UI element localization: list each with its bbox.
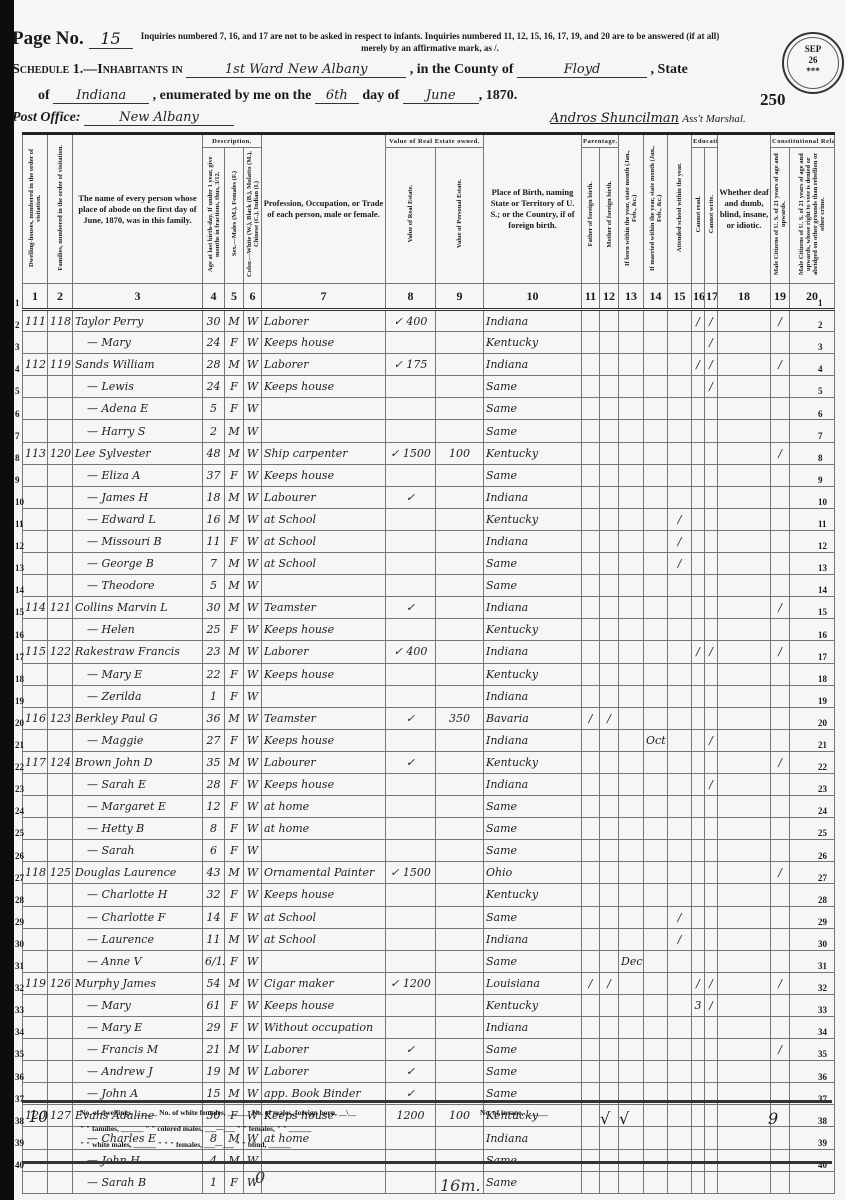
line-number-left: 15 bbox=[15, 607, 24, 617]
sex-cell: F bbox=[225, 818, 244, 840]
schedule-label: Schedule 1.—Inhabitants in bbox=[12, 62, 183, 77]
occupation-cell: Keeps house bbox=[262, 619, 386, 641]
cannot-write-cell: / bbox=[705, 354, 718, 376]
line-number-left: 22 bbox=[15, 762, 24, 772]
cannot-write-cell bbox=[705, 751, 718, 773]
occupation-cell bbox=[262, 1171, 386, 1193]
col-7-header: Profession, Occupation, or Trade of each… bbox=[262, 134, 386, 284]
line-number-right: 35 bbox=[818, 1049, 827, 1059]
sex-cell: M bbox=[225, 597, 244, 619]
attended-school-cell bbox=[668, 1171, 692, 1193]
family-number-cell bbox=[48, 1039, 73, 1061]
sex-cell: F bbox=[225, 840, 244, 862]
cannot-read-cell bbox=[692, 486, 705, 508]
birthplace-cell: Kentucky bbox=[484, 332, 582, 354]
color-cell: W bbox=[244, 553, 262, 575]
father-foreign-cell bbox=[582, 1061, 600, 1083]
line-number-left: 21 bbox=[15, 740, 24, 750]
footer-mark-0: 0 bbox=[255, 1168, 265, 1187]
occupation-cell: at School bbox=[262, 508, 386, 530]
born-within-year-cell bbox=[619, 884, 644, 906]
header-group-row: Dwelling-houses, numbered in the order o… bbox=[23, 134, 835, 148]
age-cell: 28 bbox=[203, 773, 225, 795]
born-within-year-cell bbox=[619, 464, 644, 486]
table-row: — Francis M21MWLaborer✓Same/ bbox=[23, 1039, 835, 1061]
mother-foreign-cell bbox=[600, 597, 619, 619]
real-estate-value-cell bbox=[386, 663, 436, 685]
personal-estate-value-cell bbox=[436, 619, 484, 641]
real-estate-value-cell: ✓ bbox=[386, 707, 436, 729]
vote-denied-cell bbox=[790, 641, 835, 663]
line-number-left: 29 bbox=[15, 917, 24, 927]
attended-school-cell bbox=[668, 575, 692, 597]
line-number-left: 8 bbox=[15, 453, 20, 463]
real-estate-value-cell bbox=[386, 332, 436, 354]
married-within-year-cell bbox=[644, 950, 668, 972]
married-within-year-cell bbox=[644, 818, 668, 840]
attended-school-cell bbox=[668, 884, 692, 906]
vote-denied-cell bbox=[790, 619, 835, 641]
cannot-read-cell bbox=[692, 840, 705, 862]
table-row: 119126Murphy James54MWCigar maker✓ 1200L… bbox=[23, 972, 835, 994]
cannot-read-cell bbox=[692, 332, 705, 354]
sex-cell: F bbox=[225, 685, 244, 707]
born-within-year-cell bbox=[619, 575, 644, 597]
cannot-read-cell bbox=[692, 663, 705, 685]
age-cell: 6 bbox=[203, 840, 225, 862]
mother-foreign-cell bbox=[600, 773, 619, 795]
male-citizen-21-cell bbox=[771, 818, 790, 840]
mother-foreign-cell bbox=[600, 1017, 619, 1039]
born-within-year-cell bbox=[619, 751, 644, 773]
born-within-year-cell bbox=[619, 928, 644, 950]
person-name-cell: — Charlotte H bbox=[73, 884, 203, 906]
state-field: Indiana bbox=[53, 88, 149, 104]
born-within-year-cell bbox=[619, 508, 644, 530]
person-name-cell: — Helen bbox=[73, 619, 203, 641]
birthplace-cell: Same bbox=[484, 950, 582, 972]
birthplace-cell: Same bbox=[484, 553, 582, 575]
col-20-header: Male Citizens of U. S. of 21 years of ag… bbox=[790, 148, 835, 284]
family-number-cell bbox=[48, 1171, 73, 1193]
vote-denied-cell bbox=[790, 751, 835, 773]
mother-foreign-cell bbox=[600, 840, 619, 862]
line-number-right: 7 bbox=[818, 431, 823, 441]
age-cell: 6/12 bbox=[203, 950, 225, 972]
col-num: 1 bbox=[23, 284, 48, 310]
father-foreign-cell bbox=[582, 310, 600, 332]
cannot-write-cell bbox=[705, 530, 718, 552]
born-within-year-cell bbox=[619, 354, 644, 376]
age-cell: 37 bbox=[203, 464, 225, 486]
age-cell: 1 bbox=[203, 1171, 225, 1193]
person-name-cell: — Edward L bbox=[73, 508, 203, 530]
born-within-year-cell bbox=[619, 553, 644, 575]
mother-foreign-cell bbox=[600, 486, 619, 508]
birthplace-cell: Indiana bbox=[484, 773, 582, 795]
age-cell: 21 bbox=[203, 1039, 225, 1061]
disability-cell bbox=[718, 398, 771, 420]
table-row: — Margaret E12FWat homeSame bbox=[23, 796, 835, 818]
line-number-right: 22 bbox=[818, 762, 827, 772]
father-foreign-cell bbox=[582, 796, 600, 818]
male-citizen-21-cell: / bbox=[771, 751, 790, 773]
dwelling-number-cell bbox=[23, 1039, 48, 1061]
mother-foreign-cell bbox=[600, 575, 619, 597]
father-foreign-cell bbox=[582, 398, 600, 420]
occupation-cell: Labourer bbox=[262, 751, 386, 773]
line-number-right: 30 bbox=[818, 939, 827, 949]
color-cell: W bbox=[244, 420, 262, 442]
post-office-label: Post Office: bbox=[12, 110, 81, 125]
real-estate-value-cell bbox=[386, 994, 436, 1016]
mother-foreign-cell bbox=[600, 994, 619, 1016]
of-label: of bbox=[38, 88, 50, 103]
family-number-cell bbox=[48, 663, 73, 685]
father-foreign-cell bbox=[582, 354, 600, 376]
color-cell: W bbox=[244, 575, 262, 597]
sex-cell: F bbox=[225, 994, 244, 1016]
cannot-write-cell: / bbox=[705, 994, 718, 1016]
married-within-year-cell bbox=[644, 619, 668, 641]
age-cell: 54 bbox=[203, 972, 225, 994]
personal-estate-value-cell bbox=[436, 464, 484, 486]
attended-school-cell bbox=[668, 1017, 692, 1039]
disability-cell bbox=[718, 619, 771, 641]
married-within-year-cell bbox=[644, 928, 668, 950]
disability-cell bbox=[718, 840, 771, 862]
person-name-cell: — Sarah E bbox=[73, 773, 203, 795]
birthplace-cell: Kentucky bbox=[484, 994, 582, 1016]
age-cell: 11 bbox=[203, 928, 225, 950]
family-number-cell: 119 bbox=[48, 354, 73, 376]
sex-cell: M bbox=[225, 641, 244, 663]
occupation-cell: at home bbox=[262, 796, 386, 818]
person-name-cell: — Laurence bbox=[73, 928, 203, 950]
line-number-left: 2 bbox=[15, 320, 20, 330]
sex-cell: M bbox=[225, 862, 244, 884]
sex-cell: F bbox=[225, 950, 244, 972]
disability-cell bbox=[718, 818, 771, 840]
sex-cell: F bbox=[225, 663, 244, 685]
cannot-read-cell bbox=[692, 1017, 705, 1039]
line-number-right: 15 bbox=[818, 607, 827, 617]
father-foreign-cell: / bbox=[582, 972, 600, 994]
year-label: , 1870. bbox=[479, 88, 518, 103]
col-num: 6 bbox=[244, 284, 262, 310]
occupation-cell: Without occupation bbox=[262, 1017, 386, 1039]
color-cell: W bbox=[244, 906, 262, 928]
married-within-year-cell bbox=[644, 840, 668, 862]
age-cell: 30 bbox=[203, 310, 225, 332]
cannot-write-cell: / bbox=[705, 773, 718, 795]
birthplace-cell: Indiana bbox=[484, 310, 582, 332]
table-row: — Mary E22FWKeeps houseKentucky bbox=[23, 663, 835, 685]
real-estate-value-cell bbox=[386, 950, 436, 972]
person-name-cell: — Charlotte F bbox=[73, 906, 203, 928]
married-within-year-cell bbox=[644, 994, 668, 1016]
age-cell: 19 bbox=[203, 1061, 225, 1083]
vote-denied-cell bbox=[790, 575, 835, 597]
real-estate-value-cell bbox=[386, 508, 436, 530]
personal-estate-value-cell bbox=[436, 641, 484, 663]
mother-foreign-cell bbox=[600, 310, 619, 332]
person-name-cell: — Zerilda bbox=[73, 685, 203, 707]
father-foreign-cell bbox=[582, 994, 600, 1016]
dwelling-number-cell bbox=[23, 420, 48, 442]
line-number-right: 26 bbox=[818, 851, 827, 861]
table-row: — Lewis24FWKeeps houseSame/ bbox=[23, 376, 835, 398]
birthplace-cell: Indiana bbox=[484, 530, 582, 552]
census-rows: 111118Taylor Perry30MWLaborer✓ 400Indian… bbox=[23, 310, 835, 1194]
real-estate-value-cell bbox=[386, 729, 436, 751]
father-foreign-cell bbox=[582, 575, 600, 597]
cannot-read-cell bbox=[692, 464, 705, 486]
family-number-cell: 124 bbox=[48, 751, 73, 773]
county-field: Floyd bbox=[517, 62, 647, 78]
married-within-year-cell bbox=[644, 796, 668, 818]
line-number-right: 29 bbox=[818, 917, 827, 927]
dwelling-number-cell: 115 bbox=[23, 641, 48, 663]
disability-cell bbox=[718, 994, 771, 1016]
age-cell: 35 bbox=[203, 751, 225, 773]
dwelling-number-cell bbox=[23, 685, 48, 707]
line-number-left: 16 bbox=[15, 630, 24, 640]
table-row: 112119Sands William28MWLaborer✓ 175India… bbox=[23, 354, 835, 376]
sex-cell: F bbox=[225, 773, 244, 795]
real-estate-value-cell bbox=[386, 464, 436, 486]
line-number-right: 12 bbox=[818, 541, 827, 551]
age-cell: 29 bbox=[203, 1017, 225, 1039]
dwelling-number-cell bbox=[23, 840, 48, 862]
dwelling-number-cell bbox=[23, 928, 48, 950]
sex-cell: M bbox=[225, 575, 244, 597]
occupation-cell bbox=[262, 840, 386, 862]
birthplace-cell: Same bbox=[484, 1171, 582, 1193]
disability-cell bbox=[718, 1171, 771, 1193]
col-num: 5 bbox=[225, 284, 244, 310]
age-cell: 2 bbox=[203, 420, 225, 442]
age-cell: 36 bbox=[203, 707, 225, 729]
attended-school-cell bbox=[668, 354, 692, 376]
disability-cell bbox=[718, 972, 771, 994]
male-citizen-21-cell bbox=[771, 553, 790, 575]
sex-cell: F bbox=[225, 376, 244, 398]
person-name-cell: — Theodore bbox=[73, 575, 203, 597]
sex-cell: M bbox=[225, 553, 244, 575]
male-citizen-21-cell bbox=[771, 420, 790, 442]
disability-cell bbox=[718, 553, 771, 575]
occupation-cell: Laborer bbox=[262, 310, 386, 332]
family-number-cell: 126 bbox=[48, 972, 73, 994]
color-cell: W bbox=[244, 862, 262, 884]
father-foreign-cell bbox=[582, 751, 600, 773]
table-row: — Laurence11MWat SchoolIndiana/ bbox=[23, 928, 835, 950]
foreign-mother-total-mark: √ bbox=[619, 1109, 629, 1128]
family-number-cell bbox=[48, 376, 73, 398]
vote-denied-cell bbox=[790, 464, 835, 486]
footer-mark-16m: 16m. bbox=[440, 1176, 481, 1195]
occupation-cell: at School bbox=[262, 928, 386, 950]
male-citizen-21-cell: / bbox=[771, 310, 790, 332]
born-within-year-cell bbox=[619, 332, 644, 354]
real-estate-value-cell bbox=[386, 685, 436, 707]
month-field: June bbox=[403, 88, 479, 104]
cannot-read-cell bbox=[692, 928, 705, 950]
family-number-cell bbox=[48, 906, 73, 928]
personal-estate-value-cell bbox=[436, 310, 484, 332]
male-citizen-21-cell bbox=[771, 928, 790, 950]
mother-foreign-cell bbox=[600, 464, 619, 486]
male-citizen-21-cell bbox=[771, 840, 790, 862]
mother-foreign-cell bbox=[600, 685, 619, 707]
disability-cell bbox=[718, 928, 771, 950]
attended-school-cell bbox=[668, 619, 692, 641]
person-name-cell: — Margaret E bbox=[73, 796, 203, 818]
col-1-header: Dwelling-houses, numbered in the order o… bbox=[23, 134, 48, 284]
birthplace-cell: Indiana bbox=[484, 641, 582, 663]
line-number-right: 36 bbox=[818, 1072, 827, 1082]
real-estate-value-cell: ✓ bbox=[386, 1039, 436, 1061]
cannot-read-cell bbox=[692, 884, 705, 906]
attended-school-cell bbox=[668, 994, 692, 1016]
married-within-year-cell bbox=[644, 862, 668, 884]
birthplace-cell: Same bbox=[484, 420, 582, 442]
occupation-cell: Teamster bbox=[262, 597, 386, 619]
family-number-cell: 120 bbox=[48, 442, 73, 464]
birthplace-cell: Indiana bbox=[484, 486, 582, 508]
vote-denied-cell bbox=[790, 862, 835, 884]
personal-estate-value-cell bbox=[436, 575, 484, 597]
personal-estate-value-cell bbox=[436, 884, 484, 906]
vote-denied-cell bbox=[790, 818, 835, 840]
male-citizen-21-cell bbox=[771, 1061, 790, 1083]
birthplace-cell: Kentucky bbox=[484, 884, 582, 906]
male-citizen-21-cell: / bbox=[771, 862, 790, 884]
mother-foreign-cell bbox=[600, 729, 619, 751]
occupation-cell: Ornamental Painter bbox=[262, 862, 386, 884]
married-within-year-cell bbox=[644, 553, 668, 575]
table-row: — Sarah B1FWSame bbox=[23, 1171, 835, 1193]
occupation-cell: Laborer bbox=[262, 641, 386, 663]
dwelling-number-cell: 111 bbox=[23, 310, 48, 332]
age-cell: 5 bbox=[203, 398, 225, 420]
line-number-left: 14 bbox=[15, 585, 24, 595]
sex-cell: F bbox=[225, 796, 244, 818]
personal-estate-value-cell bbox=[436, 1061, 484, 1083]
line-number-left: 27 bbox=[15, 873, 24, 883]
vote-denied-cell bbox=[790, 530, 835, 552]
person-name-cell: — Missouri B bbox=[73, 530, 203, 552]
cannot-write-cell bbox=[705, 1171, 718, 1193]
personal-estate-value-cell bbox=[436, 376, 484, 398]
dwelling-number-cell bbox=[23, 530, 48, 552]
married-within-year-cell bbox=[644, 486, 668, 508]
occupation-cell: Laborer bbox=[262, 354, 386, 376]
cannot-write-cell bbox=[705, 1039, 718, 1061]
color-cell: W bbox=[244, 972, 262, 994]
real-estate-value-cell: ✓ 400 bbox=[386, 310, 436, 332]
cannot-write-cell bbox=[705, 1017, 718, 1039]
col-num: 19 bbox=[771, 284, 790, 310]
vote-denied-cell bbox=[790, 398, 835, 420]
table-row: — Sarah6FWSame bbox=[23, 840, 835, 862]
personal-estate-value-cell bbox=[436, 663, 484, 685]
personal-estate-value-cell bbox=[436, 928, 484, 950]
born-within-year-cell bbox=[619, 398, 644, 420]
vote-denied-cell bbox=[790, 310, 835, 332]
attended-school-cell bbox=[668, 310, 692, 332]
real-estate-value-cell bbox=[386, 619, 436, 641]
color-cell: W bbox=[244, 994, 262, 1016]
attended-school-cell bbox=[668, 818, 692, 840]
disability-cell bbox=[718, 751, 771, 773]
mother-foreign-cell bbox=[600, 818, 619, 840]
col-19-header: Male Citizens of U. S. of 21 years of ag… bbox=[771, 148, 790, 284]
cannot-write-cell bbox=[705, 420, 718, 442]
cannot-read-cell bbox=[692, 508, 705, 530]
married-within-year-cell bbox=[644, 442, 668, 464]
line-number-right: 14 bbox=[818, 585, 827, 595]
color-cell: W bbox=[244, 818, 262, 840]
disability-cell bbox=[718, 884, 771, 906]
cannot-write-cell bbox=[705, 884, 718, 906]
cannot-write-cell: / bbox=[705, 310, 718, 332]
real-estate-value-cell bbox=[386, 884, 436, 906]
line-number-right: 9 bbox=[818, 475, 823, 485]
col-num: 2 bbox=[48, 284, 73, 310]
line-number-right: 25 bbox=[818, 828, 827, 838]
cannot-read-cell bbox=[692, 707, 705, 729]
line-number-right: 19 bbox=[818, 696, 827, 706]
occupation-cell: Keeps house bbox=[262, 464, 386, 486]
father-foreign-cell bbox=[582, 332, 600, 354]
age-cell: 32 bbox=[203, 884, 225, 906]
married-within-year-cell bbox=[644, 1039, 668, 1061]
family-number-cell bbox=[48, 994, 73, 1016]
mother-foreign-cell: / bbox=[600, 707, 619, 729]
mother-foreign-cell bbox=[600, 376, 619, 398]
disability-cell bbox=[718, 729, 771, 751]
vote-denied-cell bbox=[790, 840, 835, 862]
mother-foreign-cell bbox=[600, 1061, 619, 1083]
cannot-read-cell: / bbox=[692, 310, 705, 332]
vote-denied-cell bbox=[790, 707, 835, 729]
table-row: — James H18MWLabourer✓Indiana bbox=[23, 486, 835, 508]
dwelling-number-cell bbox=[23, 508, 48, 530]
dwelling-number-cell bbox=[23, 994, 48, 1016]
attended-school-cell bbox=[668, 1039, 692, 1061]
constitutional-group-header: Constitutional Relations. bbox=[771, 134, 835, 148]
mother-foreign-cell bbox=[600, 398, 619, 420]
married-within-year-cell bbox=[644, 332, 668, 354]
dwelling-number-cell: 116 bbox=[23, 707, 48, 729]
born-within-year-cell bbox=[619, 442, 644, 464]
cannot-write-cell: / bbox=[705, 376, 718, 398]
married-within-year-cell bbox=[644, 398, 668, 420]
age-cell: 22 bbox=[203, 663, 225, 685]
vote-denied-cell bbox=[790, 773, 835, 795]
mother-foreign-cell bbox=[600, 530, 619, 552]
attended-school-cell bbox=[668, 464, 692, 486]
col-2-header: Families, numbered in the order of visit… bbox=[48, 134, 73, 284]
sex-cell: M bbox=[225, 442, 244, 464]
dwelling-number-cell: 113 bbox=[23, 442, 48, 464]
cannot-read-cell bbox=[692, 1061, 705, 1083]
personal-estate-value-cell bbox=[436, 840, 484, 862]
col-num: 12 bbox=[600, 284, 619, 310]
person-name-cell: — Mary bbox=[73, 994, 203, 1016]
